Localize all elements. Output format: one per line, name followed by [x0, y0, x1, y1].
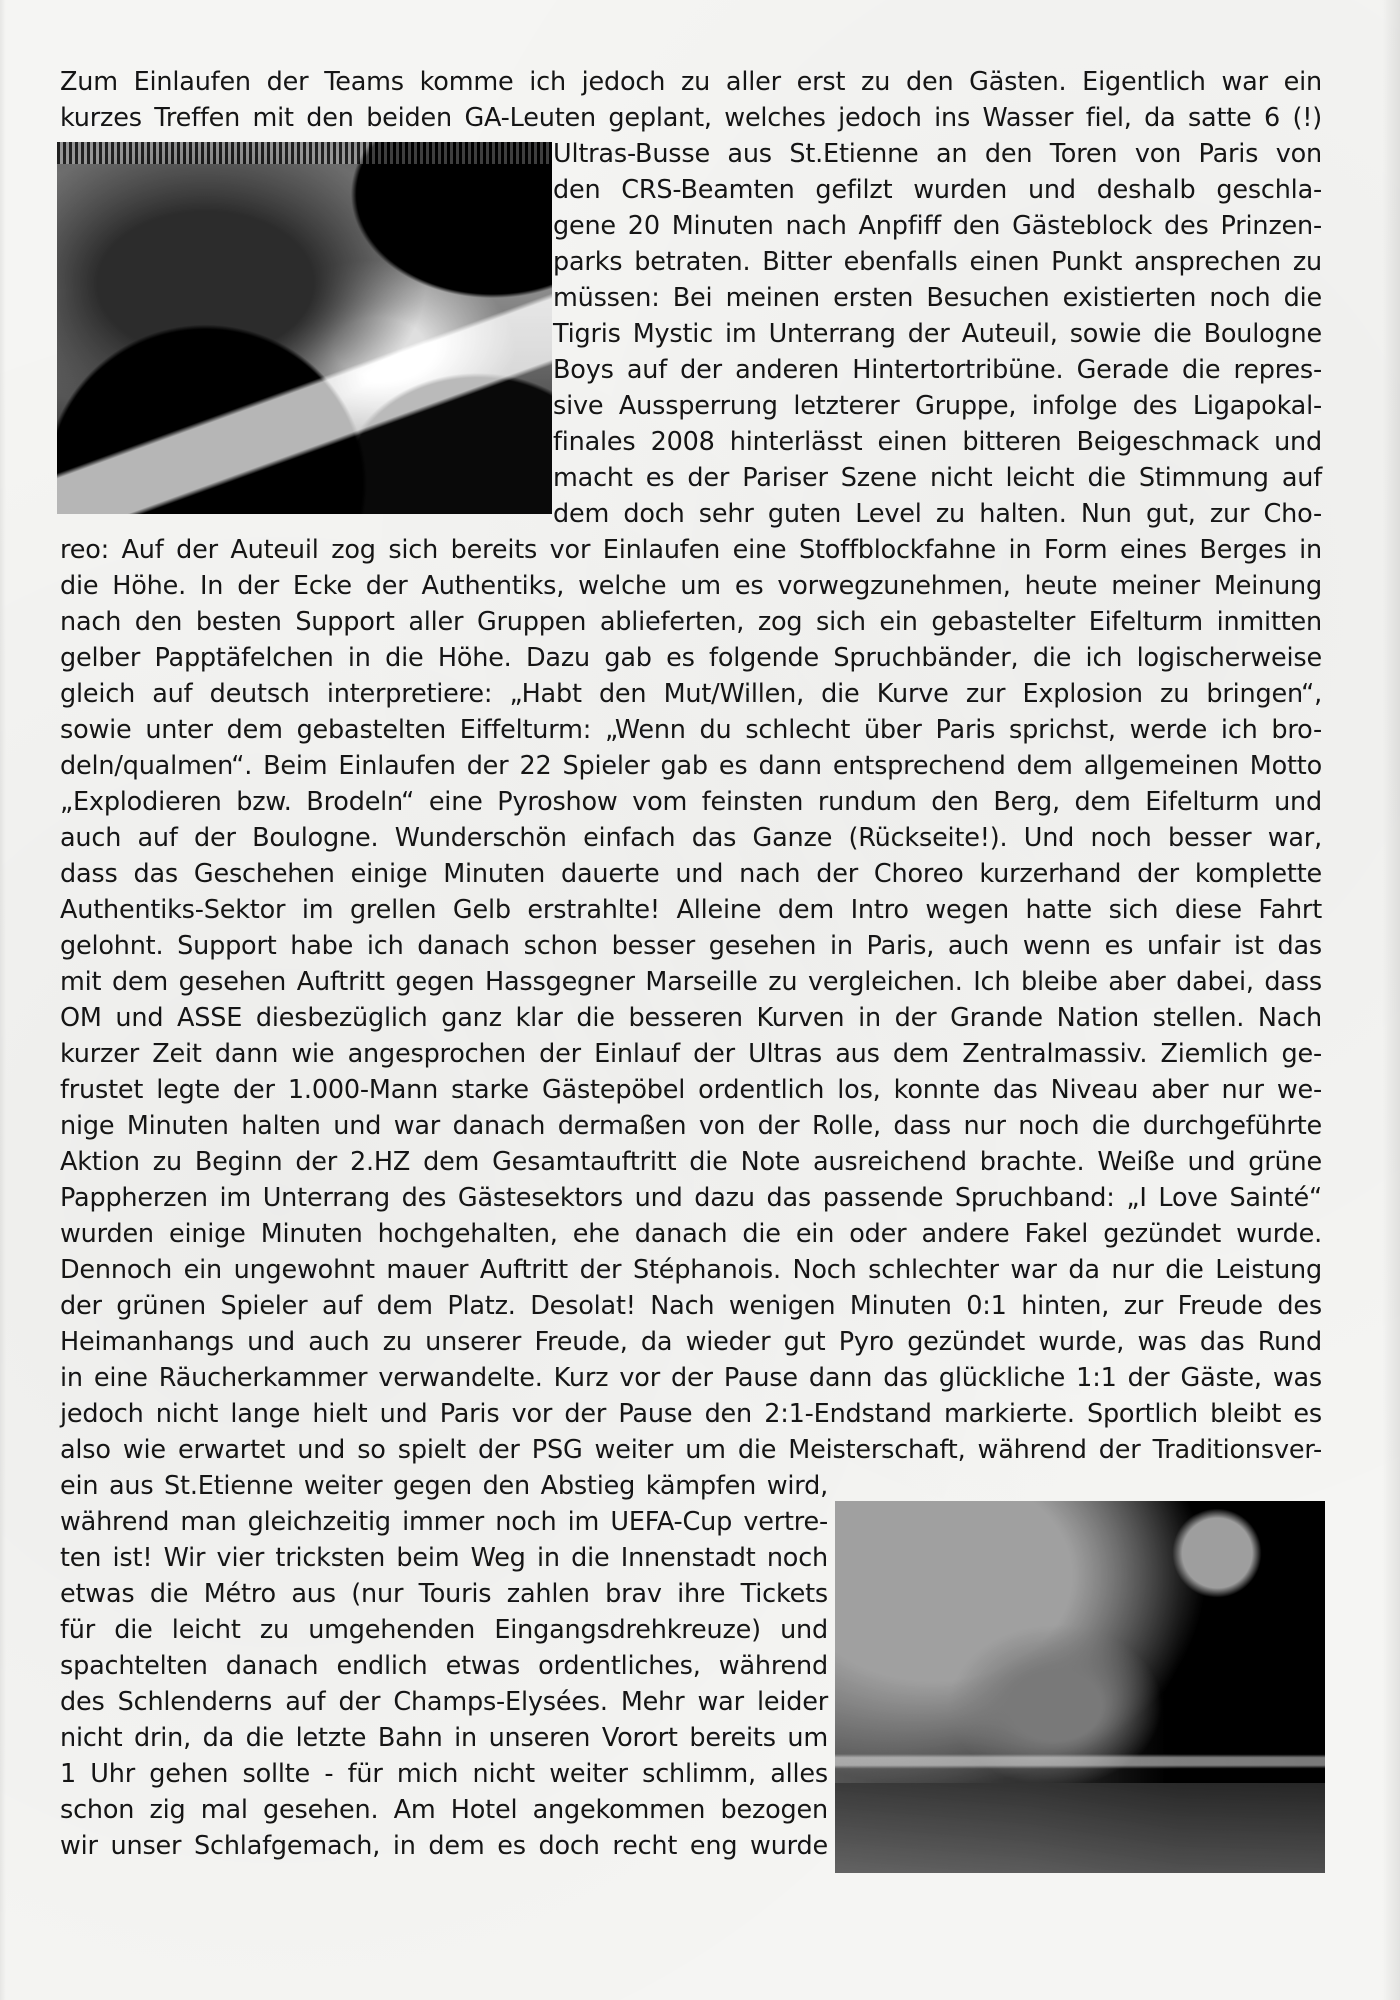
text-line: müssen: Bei meinen ersten Besuchen exist… — [553, 280, 1322, 316]
text-line: parks betraten. Bitter ebenfalls einen P… — [553, 244, 1322, 280]
text-line: nach den besten Support aller Gruppen ab… — [60, 604, 1322, 640]
text-line: macht es der Pariser Szene nicht leicht … — [553, 460, 1322, 496]
text-line: jedoch nicht lange hielt und Paris vor d… — [60, 1396, 1322, 1432]
page-edge-shadow-left — [0, 0, 6, 2000]
text-line: dass das Geschehen einige Minuten dauert… — [60, 856, 1322, 892]
text-line: Aktion zu Beginn der 2.HZ dem Gesamtauft… — [60, 1144, 1322, 1180]
text-line: kurzes Treffen mit den beiden GA-Leuten … — [60, 100, 1322, 136]
text-line: etwas die Métro aus (nur Touris zahlen b… — [60, 1576, 828, 1612]
text-line: Pappherzen im Unterrang des Gästesektors… — [60, 1180, 1322, 1216]
text-line: gelber Papptäfelchen in die Höhe. Dazu g… — [60, 640, 1322, 676]
text-line: 1 Uhr gehen sollte - für mich nicht weit… — [60, 1756, 828, 1792]
text-line: sive Aussperrung letzterer Gruppe, infol… — [553, 388, 1322, 424]
stadium-stand-photo — [835, 1501, 1325, 1873]
text-line: Boys auf der anderen Hintertortribüne. G… — [553, 352, 1322, 388]
text-line: OM und ASSE diesbezüglich ganz klar die … — [60, 1000, 1322, 1036]
text-line: mit dem gesehen Auftritt gegen Hassgegne… — [60, 964, 1322, 1000]
text-line: Authentiks-Sektor im grellen Gelb erstra… — [60, 892, 1322, 928]
page-edge-shadow-right — [1382, 0, 1400, 2000]
text-line: während man gleichzeitig immer noch im U… — [60, 1504, 828, 1540]
text-line: schon zig mal gesehen. Am Hotel angekomm… — [60, 1792, 828, 1828]
text-line: den CRS-Beamten gefilzt wurden und desha… — [553, 172, 1322, 208]
text-line: sowie unter dem gebastelten Eiffelturm: … — [60, 712, 1322, 748]
text-line: der grünen Spieler auf dem Platz. Desola… — [60, 1288, 1322, 1324]
text-line: kurzer Zeit dann wie angesprochen der Ei… — [60, 1036, 1322, 1072]
text-line: „Explodieren bzw. Brodeln“ eine Pyroshow… — [60, 784, 1322, 820]
text-line: gelohnt. Support habe ich danach schon b… — [60, 928, 1322, 964]
text-line: auch auf der Boulogne. Wunderschön einfa… — [60, 820, 1322, 856]
text-line: Tigris Mystic im Unterrang der Auteuil, … — [553, 316, 1322, 352]
text-line: wurden einige Minuten hochgehalten, ehe … — [60, 1216, 1322, 1252]
text-line: in eine Räucherkammer verwandelte. Kurz … — [60, 1360, 1322, 1396]
text-line: spachtelten danach endlich etwas ordentl… — [60, 1648, 828, 1684]
text-line: nicht drin, da die letzte Bahn in unsere… — [60, 1720, 828, 1756]
text-line: finales 2008 hinterlässt einen bitteren … — [553, 424, 1322, 460]
text-line: wir unser Schlafgemach, in dem es doch r… — [60, 1828, 828, 1864]
stadium-choreo-photo — [57, 142, 552, 514]
text-line: die Höhe. In der Ecke der Authentiks, we… — [60, 568, 1322, 604]
text-line: also wie erwartet und so spielt der PSG … — [60, 1432, 1322, 1468]
text-line: Ultras-Busse aus St.Etienne an den Toren… — [553, 136, 1322, 172]
text-line: gleich auf deutsch interpretiere: „Habt … — [60, 676, 1322, 712]
text-line: nige Minuten halten und war danach derma… — [60, 1108, 1322, 1144]
text-line: Heimanhangs und auch zu unserer Freude, … — [60, 1324, 1322, 1360]
text-line: dem doch sehr guten Level zu halten. Nun… — [553, 496, 1322, 532]
text-line: gene 20 Minuten nach Anpfiff den Gästebl… — [553, 208, 1322, 244]
text-line: ten ist! Wir vier tricksten beim Weg in … — [60, 1540, 828, 1576]
text-line: deln/qualmen“. Beim Einlaufen der 22 Spi… — [60, 748, 1322, 784]
text-line: für die leicht zu umgehenden Eingangsdre… — [60, 1612, 828, 1648]
text-line: Zum Einlaufen der Teams komme ich jedoch… — [60, 64, 1322, 100]
text-line: des Schlenderns auf der Champs-Elysées. … — [60, 1684, 828, 1720]
text-line: ein aus St.Etienne weiter gegen den Abst… — [60, 1468, 828, 1504]
text-line: frustet legte der 1.000-Mann starke Gäst… — [60, 1072, 1322, 1108]
text-line: Dennoch ein ungewohnt mauer Auftritt der… — [60, 1252, 1322, 1288]
text-line: reo: Auf der Auteuil zog sich bereits vo… — [60, 532, 1322, 568]
